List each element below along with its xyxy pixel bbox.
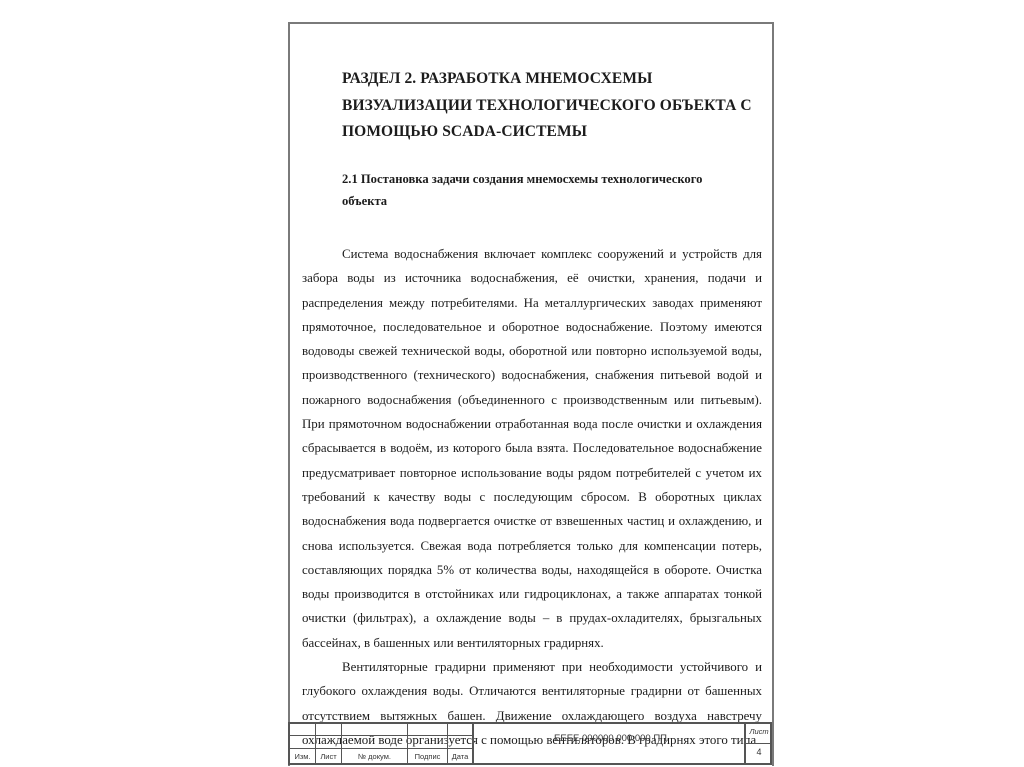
stamp-col-sheet: Лист <box>316 752 341 761</box>
section-heading: РАЗДЕЛ 2. РАЗРАБОТКА МНЕМОСХЕМЫ ВИЗУАЛИЗ… <box>342 66 762 146</box>
stamp-col-signature: Подпис <box>408 752 447 761</box>
heading-line: ВИЗУАЛИЗАЦИИ ТЕХНОЛОГИЧЕСКОГО ОБЪЕКТА С <box>342 97 752 114</box>
stamp-col-date: Дата <box>448 752 472 761</box>
heading-line: ПОМОЩЬЮ SCADA-СИСТЕМЫ <box>342 123 587 140</box>
stamp-col-change: Изм. <box>290 752 315 761</box>
stamp-col-doc-number: № докум. <box>342 752 407 761</box>
body-text: Система водоснабжения включает комплекс … <box>302 242 762 752</box>
heading-line: РАЗДЕЛ 2. РАЗРАБОТКА МНЕМОСХЕМЫ <box>342 70 652 87</box>
paragraph: Система водоснабжения включает комплекс … <box>302 242 762 655</box>
sheet-number: 4 <box>746 747 772 757</box>
title-block-stamp: Изм. Лист № докум. Подпис Дата ЕЕЕЕ 0000… <box>288 722 772 765</box>
subsection-heading: 2.1 Постановка задачи создания мнемосхем… <box>342 168 762 212</box>
sheet-label: Лист <box>746 727 772 736</box>
subheading-line: 2.1 Постановка задачи создания мнемосхем… <box>342 172 702 186</box>
document-code: ЕЕЕЕ 000000 000 000 ПП <box>478 733 743 744</box>
subheading-line: объекта <box>342 194 387 208</box>
